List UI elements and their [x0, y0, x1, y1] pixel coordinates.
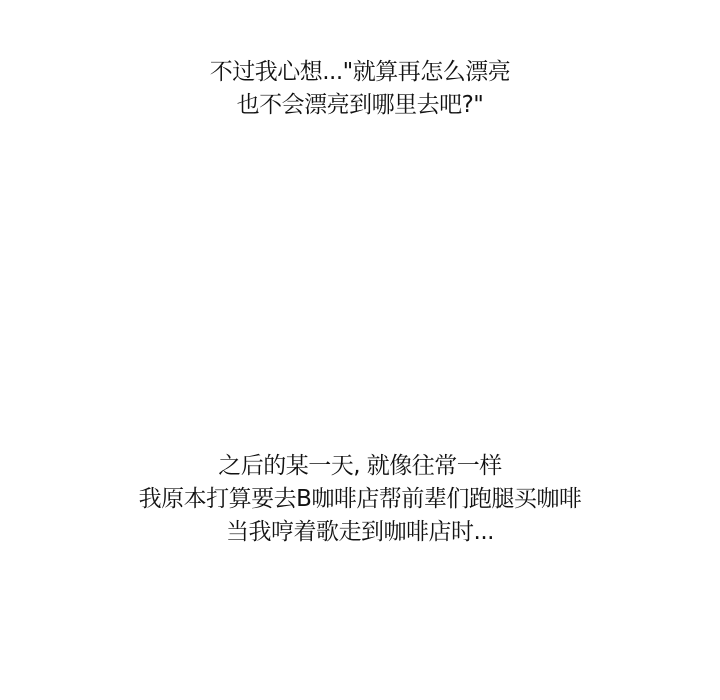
caption-line: 当我哼着歌走到咖啡店时... [0, 516, 720, 549]
caption-line: 之后的某一天, 就像往常一样 [0, 450, 720, 483]
caption-line: 我原本打算要去B咖啡店帮前辈们跑腿买咖啡 [0, 483, 720, 516]
top-caption: 不过我心想..."就算再怎么漂亮 也不会漂亮到哪里去吧?" [0, 56, 720, 122]
caption-line: 不过我心想..."就算再怎么漂亮 [0, 56, 720, 89]
caption-line: 也不会漂亮到哪里去吧?" [0, 89, 720, 122]
bottom-caption: 之后的某一天, 就像往常一样 我原本打算要去B咖啡店帮前辈们跑腿买咖啡 当我哼着… [0, 450, 720, 549]
